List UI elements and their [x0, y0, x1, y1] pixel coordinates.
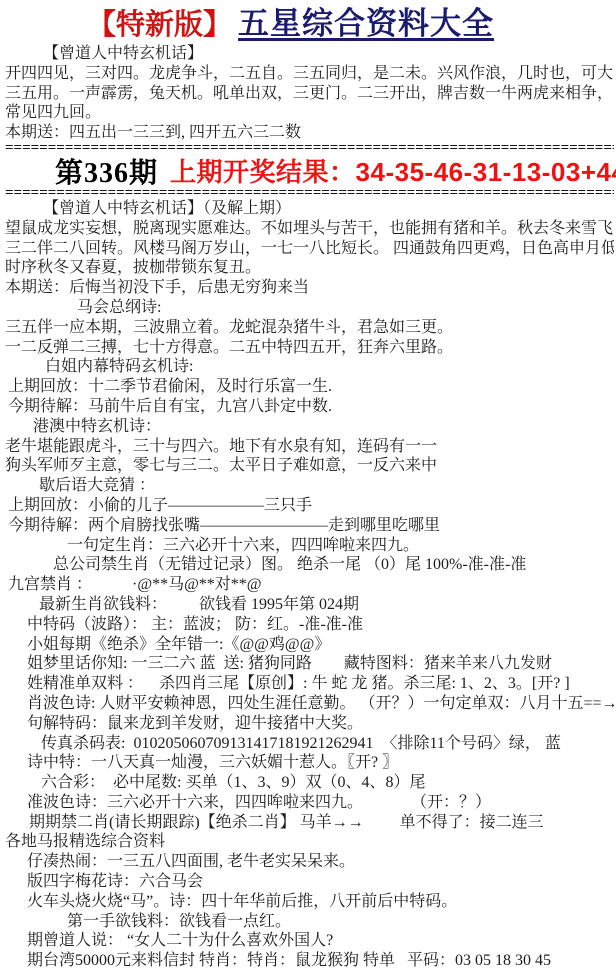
- text-line: 【曾道人中特玄机话】: [5, 44, 614, 64]
- lottery-info-sheet: 【特新版】 五星综合资料大全 【曾道人中特玄机话】开四四见，三对四。龙虎争斗，二…: [0, 0, 616, 971]
- text-line: 姓精准单双料 ： 杀四肖三尾【原创】: 牛 蛇 龙 猪。杀三尾: 1、2、3。[…: [5, 674, 614, 694]
- title-main-text: 五星综合资料大全: [238, 4, 494, 44]
- text-line: 本期送：后悔当初没下手，后患无穷狗来当: [5, 278, 614, 298]
- text-line: 三二伴二八回转。风楼马阁万岁山，一七一八比短长。 四通鼓角四更鸡，日色高申月低微…: [5, 239, 614, 259]
- text-line: 上期回放：十二季节君偷闲，及时行乐富一生.: [5, 377, 614, 397]
- text-line: 最新生肖欲钱料： 欲钱看 1995年第 024期: [5, 595, 614, 615]
- issue-number: 第336期: [55, 151, 158, 191]
- text-line: 一二反弹二三搏，七十方得意。二五中特四五开，狂奔六里路。: [5, 338, 614, 358]
- main-text-block: 【曾道人中特玄机话】（及解上期）望鼠成龙实妄想，脱离现实愿难达。不如埋头与苦干，…: [5, 199, 614, 971]
- text-line: 本期送：四五出一三三到, 四开五六三二数: [5, 123, 614, 143]
- text-line: 今期待解：马前牛后自有宝，九宫八卦定中数.: [5, 397, 614, 417]
- text-line: 各地马报精选综合资料: [5, 832, 614, 852]
- text-line: 老牛堪能跟虎斗，三十与四六。地下有水泉有知，连码有一一: [5, 437, 614, 457]
- previous-draw-result: 上期开奖结果：34-35-46-31-13-03+44: [170, 152, 616, 189]
- text-line: 三五伴一应本期，三波鼎立着。龙蛇混杂猪牛斗，君急如三更。: [5, 318, 614, 338]
- page-title: 【特新版】 五星综合资料大全: [5, 4, 614, 44]
- text-line: 期曾道人说： “女人二十为什么喜欢外国人?: [5, 931, 614, 951]
- text-line: 版四字梅花诗：六合马会: [5, 872, 614, 892]
- text-line: 期期禁二肖(请长期跟踪)【绝杀二肖】 马羊→→ 单不得了：接二连三: [5, 813, 614, 833]
- text-line: 马会总纲诗:: [5, 298, 614, 318]
- text-line: 诗中特：一八天真一灿漫，三六妖媚十惹人。〖开? 〗: [5, 753, 614, 773]
- result-numbers: 34-35-46-31-13-03+44: [356, 157, 616, 187]
- text-line: 一句定生肖：三六必开十六来，四四哞啦来四九。: [5, 536, 614, 556]
- text-line: 期台湾50000元来料信封 特肖：特肖：鼠龙猴狗 特单 平码：03 05 18 …: [5, 951, 614, 971]
- result-label: 上期开奖结果：: [170, 157, 356, 187]
- text-line: 火车头烧火烧“马”。诗：四十年华前后推，八开前后中特码。: [5, 892, 614, 912]
- text-line: 准波色诗：三六必开十六来，四四哞啦来四九。 （开：？）: [5, 793, 614, 813]
- text-line: 姐梦里话你知: 一三二六 蓝 送: 猪狗同路 藏特图料：猪来羊来八九发财: [5, 654, 614, 674]
- text-line: 九宫禁肖 ： ·@**马@**对**@: [5, 575, 614, 595]
- text-line: 望鼠成龙实妄想，脱离现实愿难达。不如埋头与苦干，也能拥有猪和羊。秋去冬来雪飞晚，: [5, 219, 614, 239]
- text-line: 白姐内幕特码玄机诗:: [5, 357, 614, 377]
- text-line: 开四四见，三对四。龙虎争斗，二五自。三五同归，是二未。兴风作浪，几时也，可大可小…: [5, 64, 614, 84]
- text-line: 上期回放：小偷的儿子——————三只手: [5, 496, 614, 516]
- text-line: 时序秋冬又春夏，披枷带锁东复丑。: [5, 258, 614, 278]
- text-line: 六合彩： 必中尾数: 买单（1、3、9）双（0、4、8）尾: [5, 773, 614, 793]
- text-line: 狗头军师歹主意，零七与三二。太平日子难如意，一反六来中: [5, 456, 614, 476]
- text-line: 【曾道人中特玄机话】（及解上期）: [5, 199, 614, 219]
- text-line: 常见四九回。: [5, 103, 614, 123]
- text-line: 仔凑热闹：一三五八四面围, 老牛老实呆呆来。: [5, 852, 614, 872]
- title-badge: 【特新版】: [87, 5, 232, 45]
- text-line: 中特码（波路）： 主：蓝波； 防：红。-准-准-准: [5, 615, 614, 635]
- text-line: 肖波色诗: 人财平安赖神恩，四处生涯任意勤。 （开？）一句定单双：八月十五==→…: [5, 694, 614, 714]
- text-line: 传真杀码表: 010205060709131417181921262941 〈排…: [5, 734, 614, 754]
- text-line: 句解特码：鼠来龙到羊发财，迎牛接猪中大奖。: [5, 714, 614, 734]
- text-line: 第一手欲钱料：欲钱看一点红。: [5, 912, 614, 932]
- issue-result-banner: 第336期 上期开奖结果：34-35-46-31-13-03+44: [5, 154, 614, 188]
- text-line: 三五用。一声霹雳，兔天机。吼单出双，三更门。二三开出，牌吉数一牛两虎来相争，二八: [5, 84, 614, 104]
- text-line: 今期待解：两个肩膀找张嘴————————走到哪里吃哪里: [5, 516, 614, 536]
- text-line: 总公司禁生肖（无错过记录）图。 绝杀一尾 （0）尾 100%-准-准-准: [5, 555, 614, 575]
- text-line: 歇后语大竞猜 ：: [5, 476, 614, 496]
- divider-line-bottom: ========================================…: [5, 188, 614, 199]
- intro-text-block: 【曾道人中特玄机话】开四四见，三对四。龙虎争斗，二五自。三五同归，是二未。兴风作…: [5, 44, 614, 143]
- text-line: 小姐每期《绝杀》全年错一:《@@鸡@@》: [5, 635, 614, 655]
- text-line: 港澳中特玄机诗：: [5, 417, 614, 437]
